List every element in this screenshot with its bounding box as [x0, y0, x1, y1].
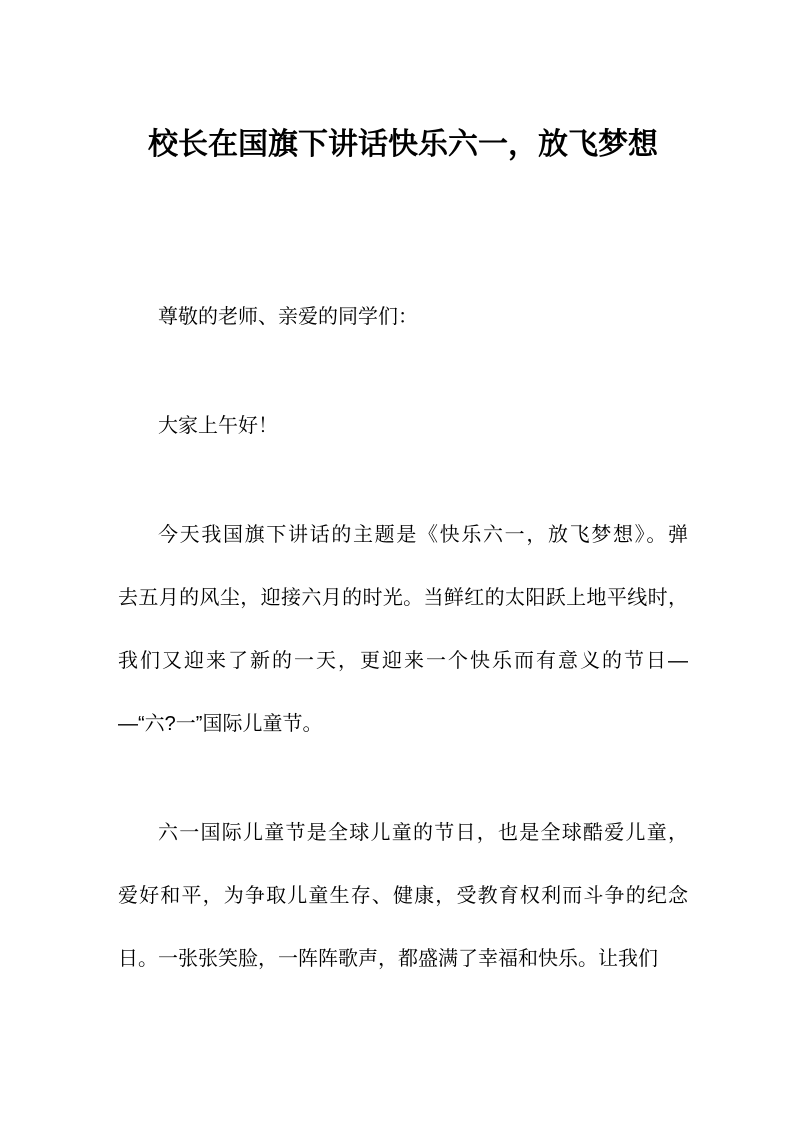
text-line: 去五月的风尘，迎接六月的时光。当鲜红的太阳跃上地平线时， — [118, 567, 688, 630]
paragraph: 大家上午好！ — [118, 395, 688, 458]
text-line: 今天我国旗下讲话的主题是《快乐六一，放飞梦想》。弹 — [118, 504, 688, 567]
paragraph: 尊敬的老师、亲爱的同学们： — [118, 286, 688, 349]
text-line: 我们又迎来了新的一天，更迎来一个快乐而有意义的节日— — [118, 630, 688, 693]
document-page: 校长在国旗下讲话快乐六一，放飞梦想 尊敬的老师、亲爱的同学们：大家上午好！今天我… — [0, 0, 793, 1122]
text-line: 尊敬的老师、亲爱的同学们： — [118, 286, 688, 349]
text-line: 六一国际儿童节是全球儿童的节日，也是全球酷爱儿童， — [118, 802, 688, 865]
text-line: 爱好和平，为争取儿童生存、健康，受教育权利而斗争的纪念 — [118, 865, 688, 928]
text-line: 大家上午好！ — [118, 395, 688, 458]
paragraph: 今天我国旗下讲话的主题是《快乐六一，放飞梦想》。弹去五月的风尘，迎接六月的时光。… — [118, 504, 688, 756]
document-body: 尊敬的老师、亲爱的同学们：大家上午好！今天我国旗下讲话的主题是《快乐六一，放飞梦… — [118, 286, 688, 991]
paragraph: 六一国际儿童节是全球儿童的节日，也是全球酷爱儿童，爱好和平，为争取儿童生存、健康… — [118, 802, 688, 991]
text-line: 日。一张张笑脸，一阵阵歌声，都盛满了幸福和快乐。让我们 — [118, 928, 688, 991]
text-line: —“六?一”国际儿童节。 — [118, 693, 688, 756]
document-title: 校长在国旗下讲话快乐六一，放飞梦想 — [118, 126, 688, 164]
